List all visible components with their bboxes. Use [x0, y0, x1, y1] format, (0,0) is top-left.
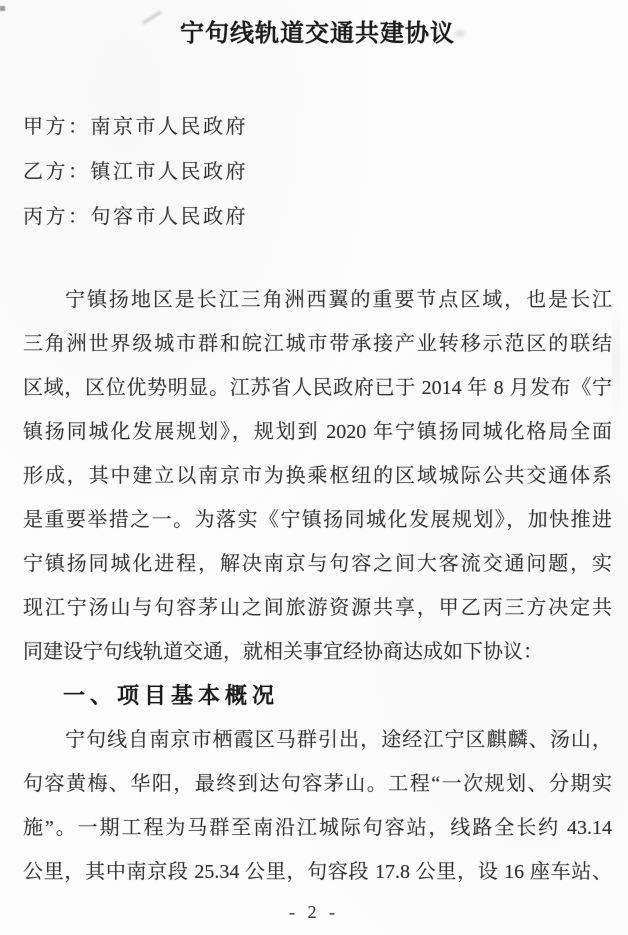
party-b-line: 乙方：镇江市人民政府: [23, 150, 612, 195]
paragraph-line: 宁镇扬地区是长江三角洲西翼的重要节点区域，也是长江: [23, 278, 612, 322]
intro-paragraph: 宁镇扬地区是长江三角洲西翼的重要节点区域，也是长江 三角洲世界级城市群和皖江城市…: [23, 278, 612, 674]
paragraph-line: 公里，其中南京段 25.34 公里，句容段 17.8 公里，设 16 座车站、: [23, 850, 612, 894]
party-c-line: 丙方：句容市人民政府: [23, 195, 612, 240]
paragraph-line: 同建设宁句线轨道交通，就相关事宜经协商达成如下协议：: [23, 630, 612, 674]
parties-block: 甲方：南京市人民政府 乙方：镇江市人民政府 丙方：句容市人民政府: [23, 105, 612, 240]
party-a-line: 甲方：南京市人民政府: [23, 105, 612, 150]
page-number: - 2 -: [0, 902, 628, 923]
paragraph-line: 现江宁汤山与句容茅山之间旅游资源共享，甲乙丙三方决定共: [23, 586, 612, 630]
document-title: 宁句线轨道交通共建协议: [23, 14, 612, 52]
paragraph-line: 形成，其中建立以南京市为换乘枢纽的区域城际公共交通体系: [23, 454, 612, 498]
paragraph-line: 区域，区位优势明显。江苏省人民政府已于 2014 年 8 月发布《宁: [23, 366, 612, 410]
document-content: 宁句线轨道交通共建协议 甲方：南京市人民政府 乙方：镇江市人民政府 丙方：句容市…: [0, 0, 628, 894]
paragraph-line: 宁镇扬同城化进程，解决南京与句容之间大客流交通问题，实: [23, 542, 612, 586]
document-page: 宁句线轨道交通共建协议 甲方：南京市人民政府 乙方：镇江市人民政府 丙方：句容市…: [0, 0, 628, 935]
paragraph-line: 句容黄梅、华阳，最终到达句容茅山。工程“一次规划、分期实: [23, 762, 612, 806]
section-paragraph: 宁句线自南京市栖霞区马群引出，途经江宁区麒麟、汤山， 句容黄梅、华阳，最终到达句…: [23, 718, 612, 894]
paragraph-line: 三角洲世界级城市群和皖江城市带承接产业转移示范区的联结: [23, 322, 612, 366]
paragraph-line: 施”。一期工程为马群至南沿江城际句容站，线路全长约 43.14: [23, 806, 612, 850]
paragraph-line: 镇扬同城化发展规划》，规划到 2020 年宁镇扬同城化格局全面: [23, 410, 612, 454]
paragraph-line: 宁句线自南京市栖霞区马群引出，途经江宁区麒麟、汤山，: [23, 718, 612, 762]
section-heading: 一、项目基本概况: [23, 674, 612, 718]
paragraph-line: 是重要举措之一。为落实《宁镇扬同城化发展规划》，加快推进: [23, 498, 612, 542]
